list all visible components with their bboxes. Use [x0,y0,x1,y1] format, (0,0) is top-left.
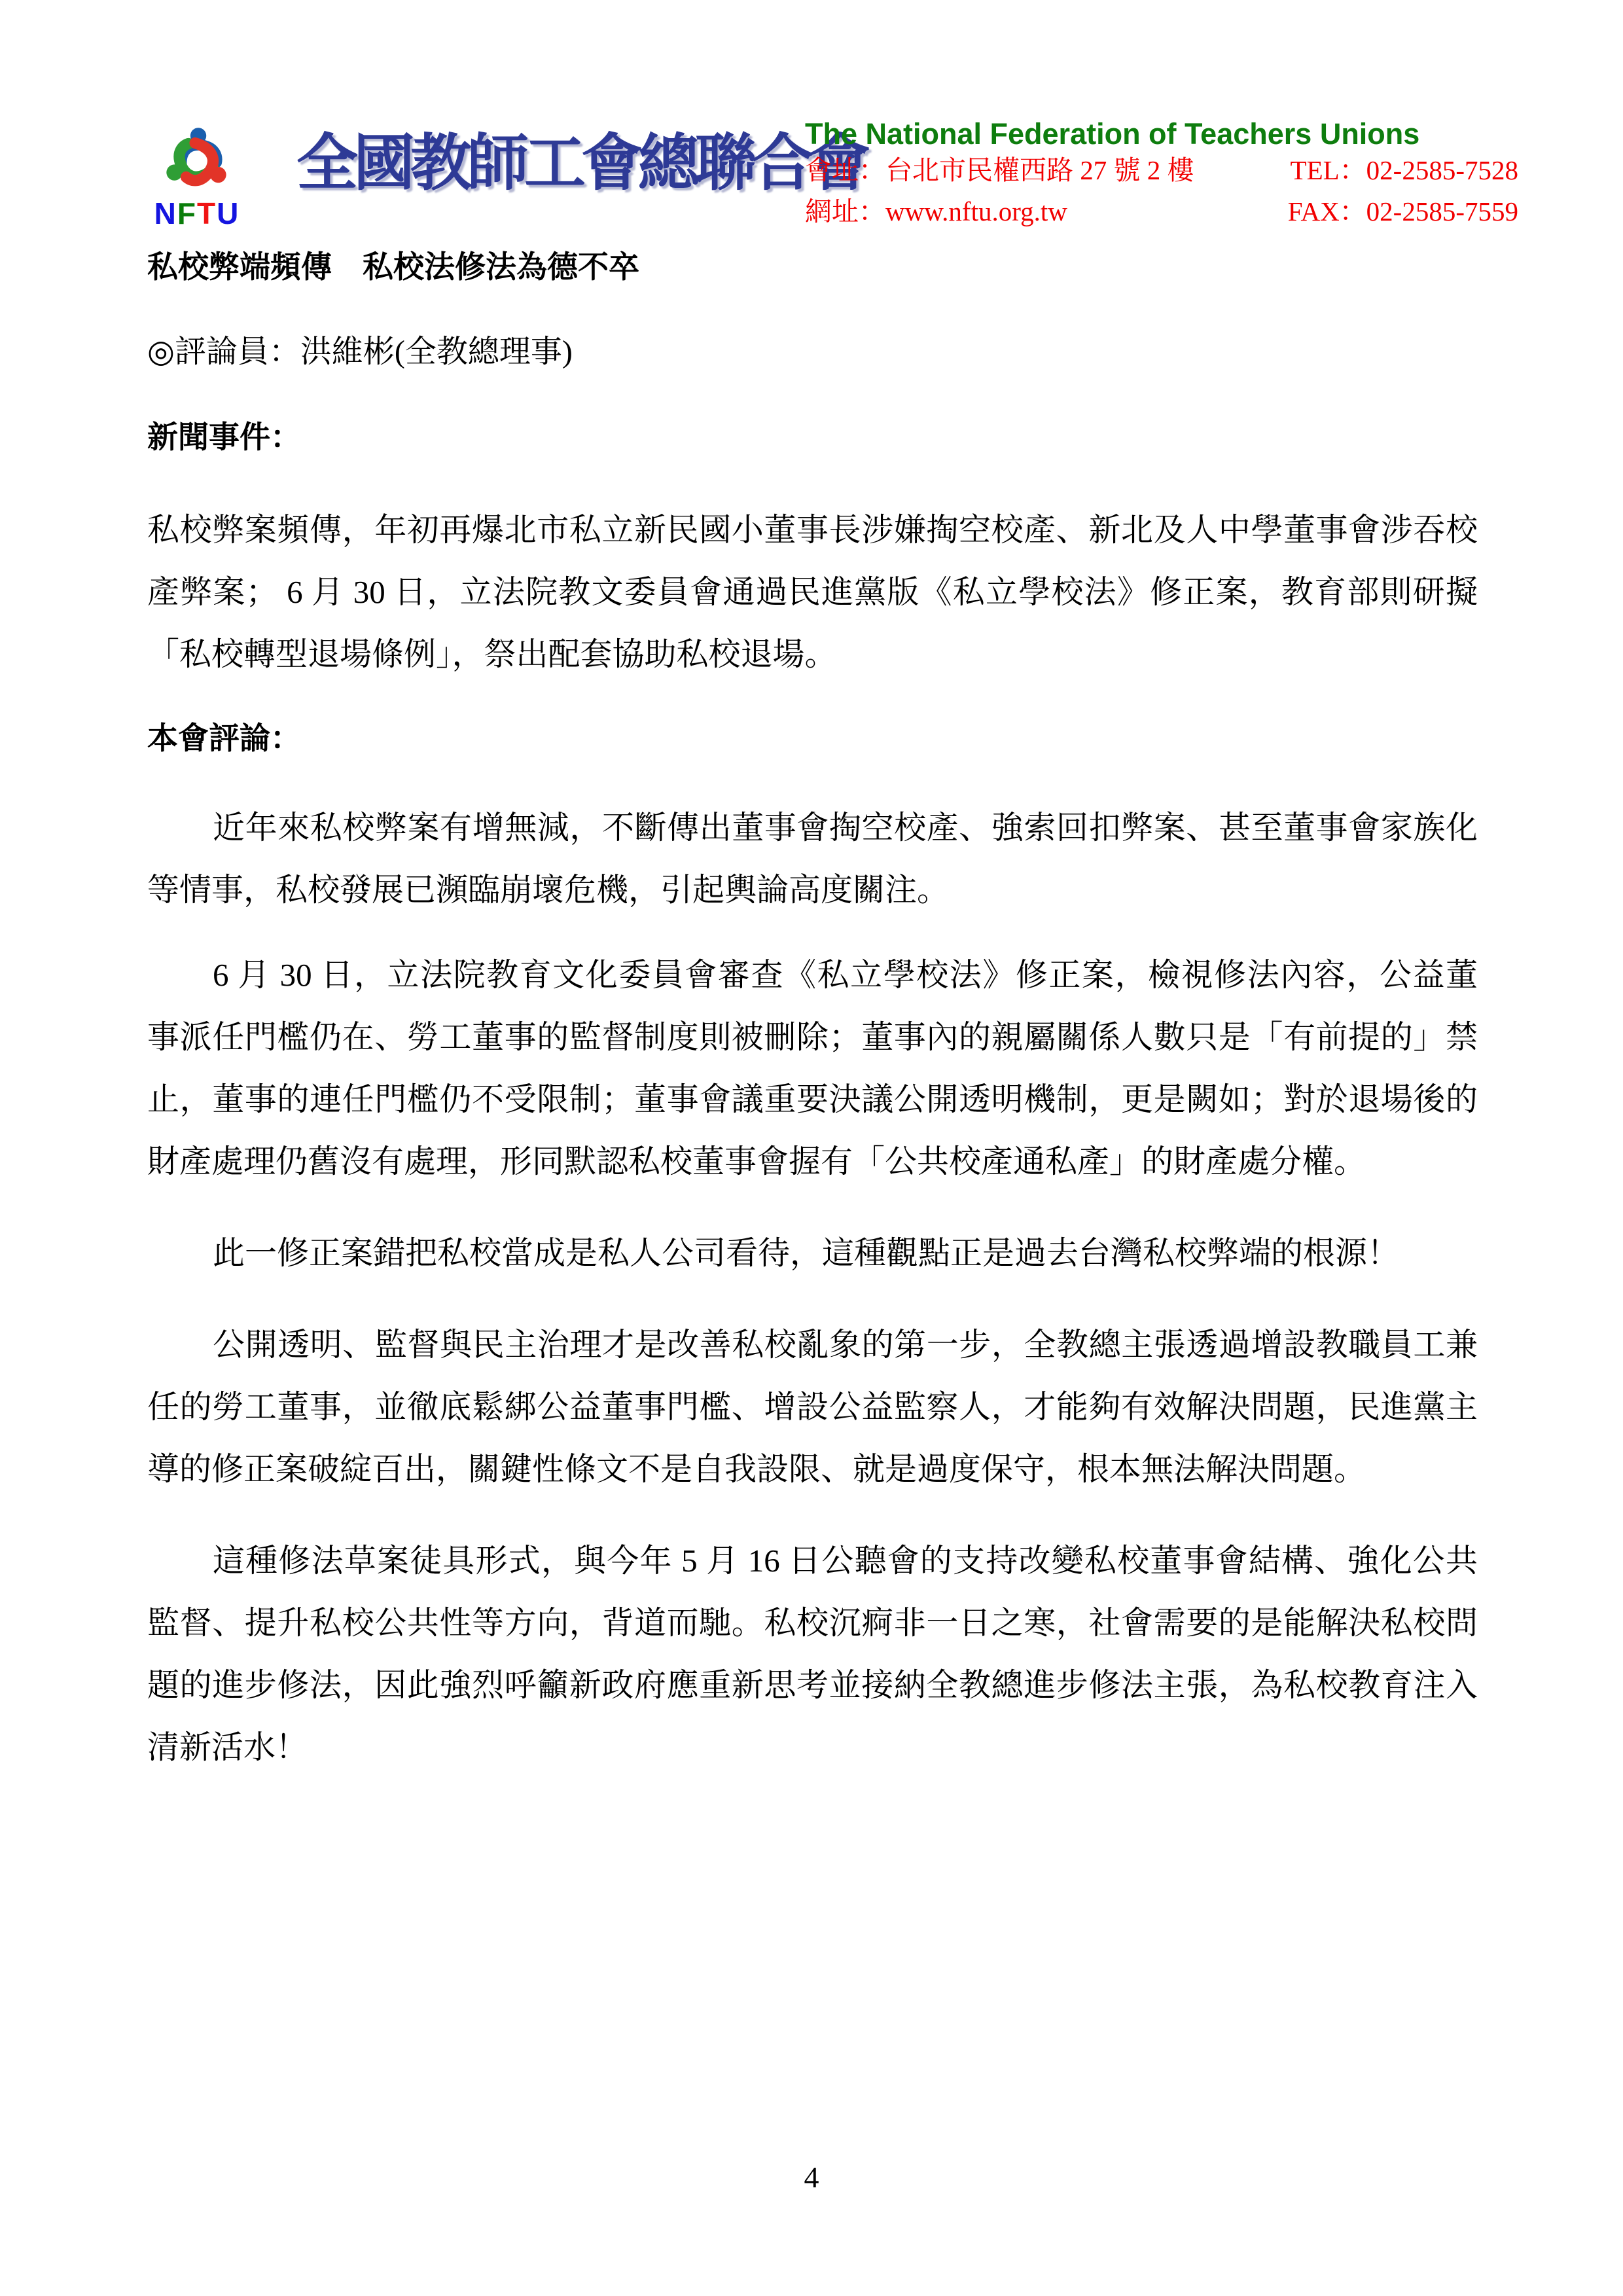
paragraph-root-cause: 此一修正案錯把私校當成是私人公司看待，這種觀點正是過去台灣私校弊端的根源！ [147,1222,1478,1284]
paragraph-news-event: 私校弊案頻傳，年初再爆北市私立新民國小董事長涉嫌掏空校產、新北及人中學董事會涉吞… [147,499,1478,685]
document-body: 私校弊端頻傳 私校法修法為德不卒 ◎評論員：洪維彬(全教總理事) 新聞事件： 私… [147,237,1478,1778]
byline: ◎評論員：洪維彬(全教總理事) [147,321,1478,383]
abbr-letter: T [197,196,217,230]
nftu-abbr: NFTU [145,198,249,228]
paragraph-trend: 近年來私校弊案有增無減，不斷傳出董事會掏空校產、強索回扣弊案、甚至董事會家族化 … [147,797,1478,921]
abbr-letter: F [177,196,197,230]
document-title: 私校弊端頻傳 私校法修法為德不卒 [147,237,1478,299]
text-line: 題的進步修法，因此強烈呼籲新政府應重新思考並接納全教總進步修法主張，為私校教育注… [147,1654,1478,1716]
paragraph-review: 6 月 30 日，立法院教育文化委員會審查《私立學校法》修正案，檢視修法內容，公… [147,944,1478,1193]
text-line: 止，董事的連任門檻仍不受限制；董事會議重要決議公開透明機制，更是闕如；對於退場後… [147,1068,1478,1130]
text-line: 私校弊案頻傳，年初再爆北市私立新民國小董事長涉嫌掏空校產、新北及人中學董事會涉吞… [147,499,1478,561]
section-heading-news: 新聞事件： [147,407,1478,469]
text-line: 等情事，私校發展已瀕臨崩壞危機，引起輿論高度關注。 [147,859,1478,921]
contact-row: 網址：www.nftu.org.tw FAX：02-2585-7559 [805,196,1518,226]
org-name-zh: 全國教師工會總聯合會 [296,115,885,213]
nftu-pinwheel-icon [157,120,237,202]
paragraph-appeal: 這種修法草案徒具形式，與今年 5 月 16 日公聽會的支持改變私校董事會結構、強… [147,1530,1478,1778]
text-line: 監督、提升私校公共性等方向，背道而馳。私校沉痾非一日之寒，社會需要的是能解決私校… [147,1592,1478,1654]
address-text: 會址：台北市民權西路 27 號 2 樓 [805,155,1194,185]
letterhead: NFTU 全國教師工會總聯合會 The National Federation … [147,121,1478,237]
text-line: 事派任門檻仍在、勞工董事的監督制度則被刪除；董事內的親屬關係人數只是「有前提的」… [147,1006,1478,1068]
page-number: 4 [0,2155,1623,2200]
text-line: 導的修正案破綻百出，關鍵性條文不是自我設限、就是過度保守，根本無法解決問題。 [147,1438,1478,1500]
text-line: 任的勞工董事，並徹底鬆綁公益董事門檻、增設公益監察人，才能夠有效解決問題，民進黨… [147,1376,1478,1438]
text-line: 財產處理仍舊沒有處理，形同默認私校董事會握有「公共校產通私產」的財產處分權。 [147,1130,1478,1193]
document-page: NFTU 全國教師工會總聯合會 The National Federation … [0,0,1623,2296]
paragraph-claim: 公開透明、監督與民主治理才是改善私校亂象的第一步，全教總主張透過增設教職員工兼 … [147,1314,1478,1500]
abbr-letter: U [217,196,240,230]
text-line: 近年來私校弊案有增無減，不斷傳出董事會掏空校產、強索回扣弊案、甚至董事會家族化 [147,797,1478,859]
text-line: 公開透明、監督與民主治理才是改善私校亂象的第一步，全教總主張透過增設教職員工兼 [147,1314,1478,1376]
org-name-en: The National Federation of Teachers Unio… [805,118,1518,150]
contact-block: The National Federation of Teachers Unio… [805,118,1518,226]
text-line: 這種修法草案徒具形式，與今年 5 月 16 日公聽會的支持改變私校董事會結構、強… [147,1530,1478,1592]
contact-row: 會址：台北市民權西路 27 號 2 樓 TEL：02-2585-7528 [805,155,1518,185]
abbr-letter: N [154,196,177,230]
fax-text: FAX：02-2585-7559 [1288,196,1518,226]
nftu-logo: NFTU [145,120,249,228]
section-heading-comment: 本會評論： [147,708,1478,770]
website-text: 網址：www.nftu.org.tw [805,196,1067,226]
text-line: 清新活水！ [147,1716,1478,1778]
text-line: 此一修正案錯把私校當成是私人公司看待，這種觀點正是過去台灣私校弊端的根源！ [147,1222,1478,1284]
tel-text: TEL：02-2585-7528 [1291,155,1518,185]
text-line: 「私校轉型退場條例」，祭出配套協助私校退場。 [147,623,1478,685]
text-line: 6 月 30 日，立法院教育文化委員會審查《私立學校法》修正案，檢視修法內容，公… [147,944,1478,1006]
text-line: 產弊案； 6 月 30 日，立法院教文委員會通過民進黨版《私立學校法》修正案，教… [147,561,1478,623]
